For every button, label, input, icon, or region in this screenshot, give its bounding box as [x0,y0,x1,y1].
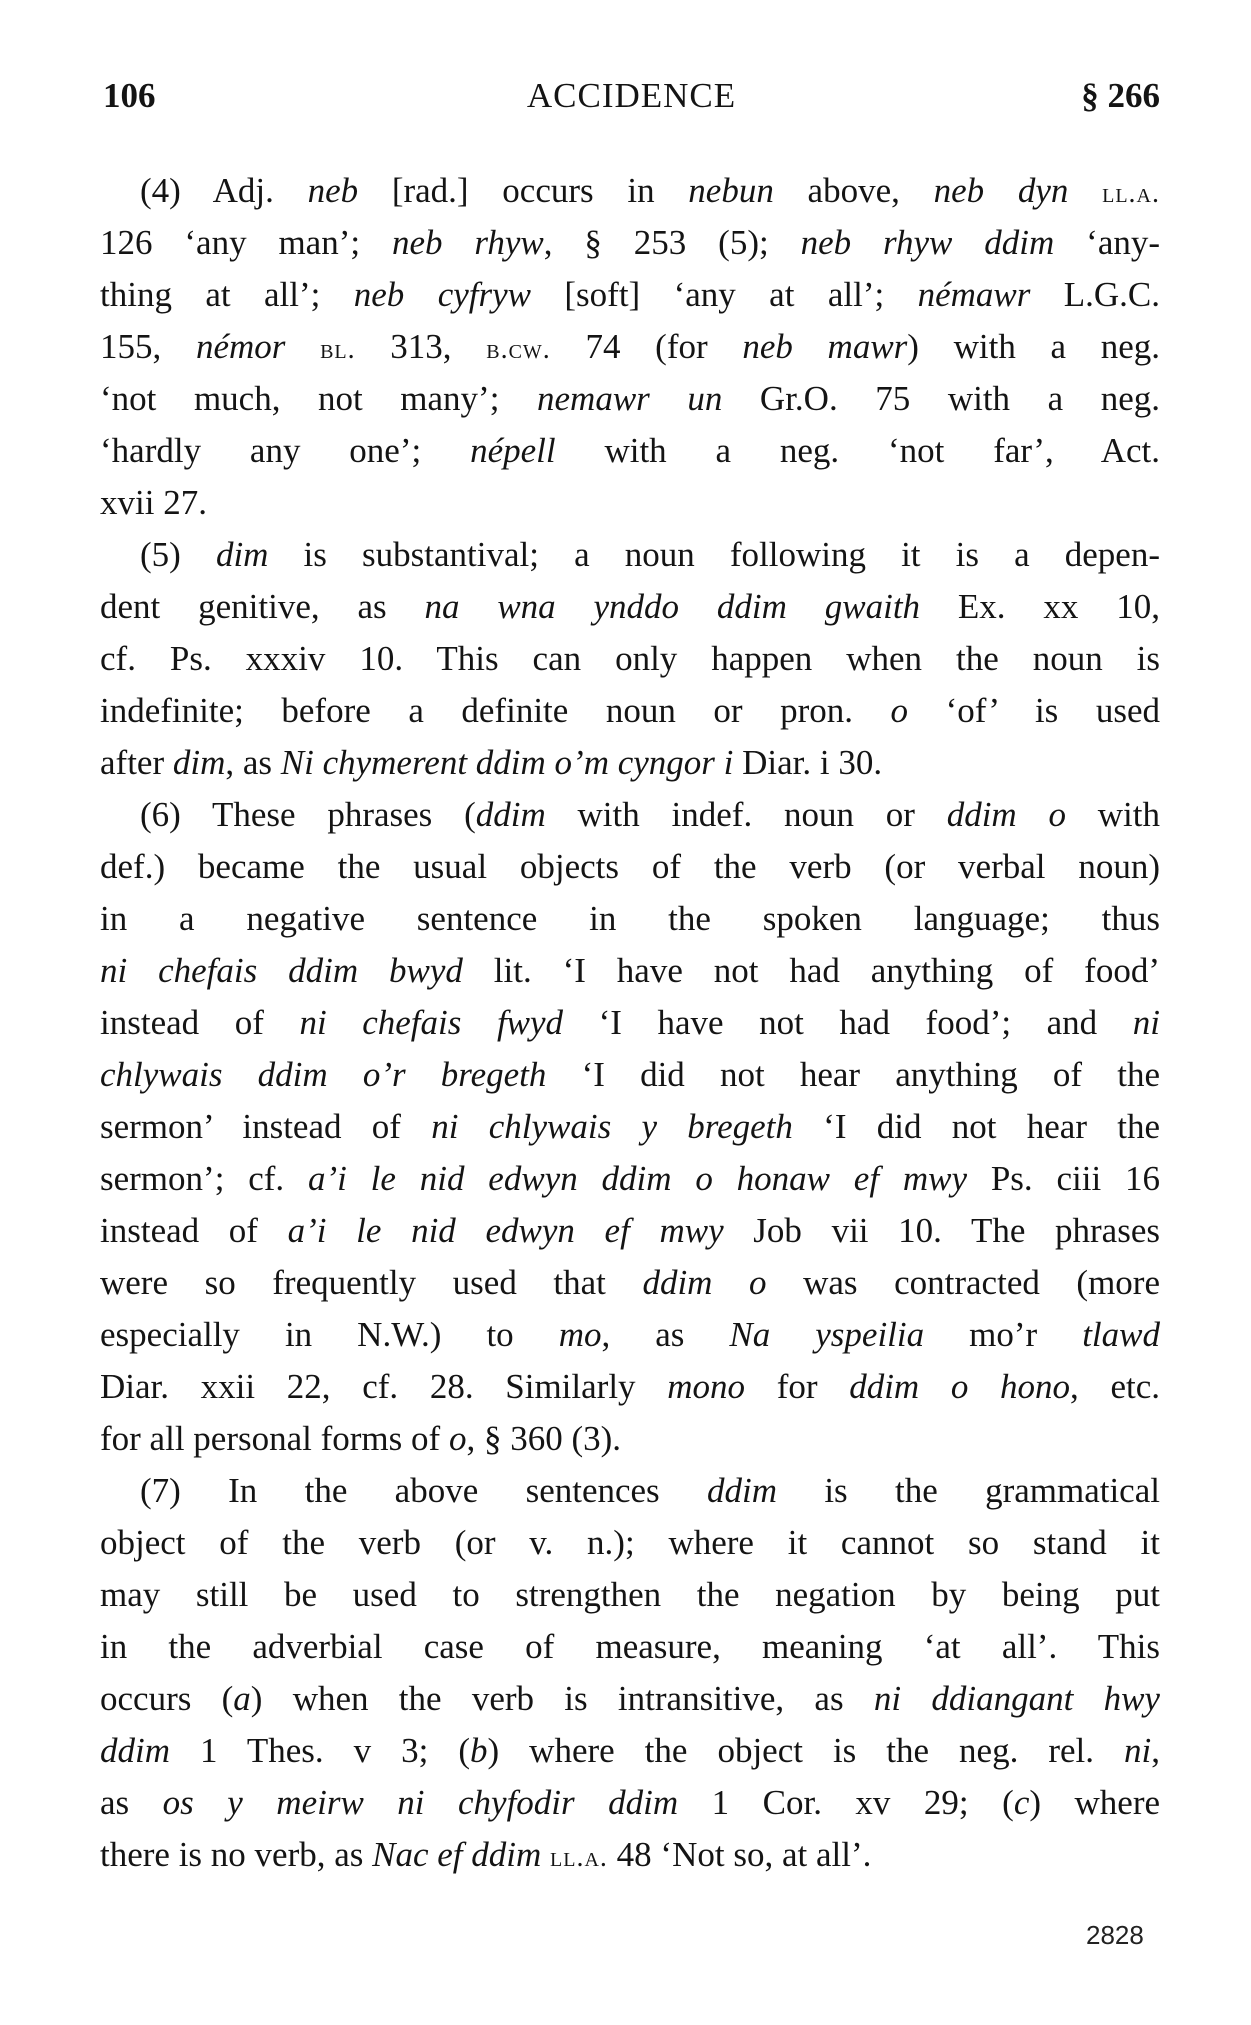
italic-welsh-text: mo [559,1315,602,1354]
roman-text: Gr.O. 75 with a neg. [722,379,1160,418]
roman-text: cf. Ps. xxxiv 10. This can only happen w… [100,639,1160,678]
body-text: (4) Adj. neb [rad.] occurs in nebun abov… [100,165,1160,1881]
roman-text: were so frequently used that [100,1263,642,1302]
text-line: sermon’ instead of ni chlywais y bregeth… [100,1101,1160,1153]
text-line: def.) became the usual objects of the ve… [100,841,1160,893]
roman-text: may still be used to strengthen the nega… [100,1575,1160,1614]
small-caps-citation: ll.a. [550,1842,608,1873]
roman-text: 74 (for [551,327,743,366]
italic-welsh-text: nemawr un [537,379,722,418]
roman-text: is substantival; a noun following it is … [268,535,1160,574]
roman-text: ‘of’ is used [908,691,1160,730]
roman-text: ) where [1029,1783,1160,1822]
italic-welsh-text: neb [308,171,359,210]
running-title: ACCIDENCE [103,76,1160,116]
roman-text: in a negative sentence in the spoken lan… [100,899,1160,938]
roman-text: 155, [100,327,196,366]
italic-welsh-text: a’i le nid edwyn ef mwy [288,1211,724,1250]
text-line: especially in N.W.) to mo, as Na yspeili… [100,1309,1160,1361]
roman-text: ‘I did not hear anything of the [546,1055,1160,1094]
roman-text: after [100,743,173,782]
italic-welsh-text: neb rhyw [392,223,544,262]
italic-welsh-text: neb rhyw ddim [801,223,1055,262]
italic-welsh-text: némawr [918,275,1031,314]
italic-welsh-text: népell [470,431,556,470]
text-line: occurs (a) when the verb is intransitive… [100,1673,1160,1725]
text-line: chlywais ddim o’r bregeth ‘I did not hea… [100,1049,1160,1101]
roman-text: ‘not much, not many’; [100,379,537,418]
roman-text: was contracted (more [767,1263,1160,1302]
roman-text: 1 Thes. v 3; ( [170,1731,470,1770]
text-line: cf. Ps. xxxiv 10. This can only happen w… [100,633,1160,685]
italic-welsh-text: ni chefais fwyd [299,1003,563,1042]
roman-text: is the grammatical [777,1471,1160,1510]
italic-welsh-text: ni [1124,1731,1151,1770]
text-line: 155, némor bl. 313, b.cw. 74 (for neb ma… [100,321,1160,373]
italic-welsh-text: ddim [476,795,546,834]
italic-welsh-text: Ni chymerent ddim o’m cyngor i [281,743,734,782]
roman-text: ) with a neg. [907,327,1160,366]
roman-text: for [745,1367,849,1406]
roman-text: sermon’ instead of [100,1107,431,1146]
italic-welsh-text: dim [216,535,269,574]
roman-text: (5) [140,535,216,574]
italic-welsh-text: ddim [707,1471,777,1510]
text-line: dent genitive, as na wna ynddo ddim gwai… [100,581,1160,633]
roman-text: ‘hardly any one’; [100,431,470,470]
roman-text: sermon’; cf. [100,1159,308,1198]
italic-welsh-text: dim [173,743,226,782]
roman-text: , as [601,1315,729,1354]
italic-welsh-text: némor [196,327,285,366]
roman-text: [soft] ‘any at all’; [531,275,918,314]
italic-welsh-text: c [1014,1783,1030,1822]
text-line: in the adverbial case of measure, meanin… [100,1621,1160,1673]
text-line: ddim 1 Thes. v 3; (b) where the object i… [100,1725,1160,1777]
small-caps-citation: ll.a. [1102,178,1160,209]
roman-text: indefinite; before a definite noun or pr… [100,691,891,730]
roman-text: Diar. i 30. [733,743,882,782]
roman-text [1068,171,1102,210]
roman-text: 48 ‘Not so, at all’. [608,1835,871,1874]
text-line: object of the verb (or v. n.); where it … [100,1517,1160,1569]
roman-text: (7) In the above sentences [140,1471,707,1510]
roman-text: mo’r [924,1315,1082,1354]
roman-text: , § 360 (3). [466,1419,621,1458]
roman-text: 126 ‘any man’; [100,223,392,262]
text-line: sermon’; cf. a’i le nid edwyn ddim o hon… [100,1153,1160,1205]
text-line: in a negative sentence in the spoken lan… [100,893,1160,945]
small-caps-citation: b.cw. [486,334,551,365]
text-line: Diar. xxii 22, cf. 28. Similarly mono fo… [100,1361,1160,1413]
text-line: were so frequently used that ddim o was … [100,1257,1160,1309]
roman-text: as [100,1783,163,1822]
italic-welsh-text: neb dyn [934,171,1069,210]
roman-text: , § 253 (5); [544,223,801,262]
text-line: ni chefais ddim bwyd lit. ‘I have not ha… [100,945,1160,997]
roman-text: xvii 27. [100,483,207,522]
roman-text: L.G.C. [1030,275,1160,314]
italic-welsh-text: nebun [688,171,774,210]
italic-welsh-text: chlywais ddim o’r bregeth [100,1055,546,1094]
running-head: 106 ACCIDENCE § 266 [103,76,1160,126]
text-line: 126 ‘any man’; neb rhyw, § 253 (5); neb … [100,217,1160,269]
italic-welsh-text: ddim o hono [849,1367,1070,1406]
roman-text: ‘I did not hear the [793,1107,1160,1146]
text-line: (6) These phrases (ddim with indef. noun… [100,789,1160,841]
text-line: after dim, as Ni chymerent ddim o’m cyng… [100,737,1160,789]
text-line: indefinite; before a definite noun or pr… [100,685,1160,737]
roman-text: (6) These phrases ( [140,795,476,834]
italic-welsh-text: mono [667,1367,745,1406]
roman-text: for all personal forms of [100,1419,449,1458]
roman-text: above, [774,171,934,210]
text-line: as os y meirw ni chyfodir ddim 1 Cor. xv… [100,1777,1160,1829]
italic-welsh-text: ni chefais ddim bwyd [100,951,463,990]
italic-welsh-text: a [233,1679,251,1718]
text-line: instead of ni chefais fwyd ‘I have not h… [100,997,1160,1049]
roman-text: Job vii 10. The phrases [724,1211,1160,1250]
roman-text: (4) Adj. [140,171,308,210]
roman-text: , [1151,1731,1160,1770]
roman-text: lit. ‘I have not had anything of food’ [463,951,1160,990]
scan-number: 2828 [1086,1920,1144,1951]
section-number: § 266 [1081,76,1160,116]
text-line: thing at all’; neb cyfryw [soft] ‘any at… [100,269,1160,321]
italic-welsh-text: Na yspeilia [729,1315,924,1354]
text-line: (5) dim is substantival; a noun followin… [100,529,1160,581]
roman-text: ) where the object is the neg. rel. [488,1731,1124,1770]
italic-welsh-text: o [891,691,909,730]
italic-welsh-text: ddim o [947,795,1066,834]
roman-text: ‘any- [1054,223,1160,262]
roman-text: in the adverbial case of measure, meanin… [100,1627,1160,1666]
italic-welsh-text: o [449,1419,467,1458]
roman-text: occurs ( [100,1679,233,1718]
text-line: may still be used to strengthen the nega… [100,1569,1160,1621]
small-caps-citation: bl. [320,334,356,365]
roman-text: object of the verb (or v. n.); where it … [100,1523,1160,1562]
roman-text: with indef. noun or [546,795,947,834]
italic-welsh-text: neb cyfryw [354,275,531,314]
roman-text: there is no verb, as [100,1835,372,1874]
text-line: xvii 27. [100,477,1160,529]
roman-text: Ex. xx 10, [920,587,1160,626]
roman-text: dent genitive, as [100,587,424,626]
text-line: instead of a’i le nid edwyn ef mwy Job v… [100,1205,1160,1257]
roman-text: especially in N.W.) to [100,1315,559,1354]
italic-welsh-text: b [470,1731,488,1770]
roman-text: with a neg. ‘not far’, Act. [556,431,1160,470]
roman-text: ‘I have not had food’; and [563,1003,1133,1042]
roman-text: Ps. ciii 16 [967,1159,1160,1198]
roman-text: 1 Cor. xv 29; ( [678,1783,1014,1822]
roman-text: 313, [356,327,487,366]
roman-text: thing at all’; [100,275,354,314]
text-line: for all personal forms of o, § 360 (3). [100,1413,1160,1465]
italic-welsh-text: tlawd [1082,1315,1160,1354]
roman-text: ) when the verb is intransitive, as [251,1679,874,1718]
roman-text: , as [225,743,280,782]
italic-welsh-text: ni [1133,1003,1160,1042]
roman-text: instead of [100,1003,299,1042]
text-line: ‘not much, not many’; nemawr un Gr.O. 75… [100,373,1160,425]
italic-welsh-text: ni chlywais y bregeth [431,1107,793,1146]
roman-text: [rad.] occurs in [358,171,688,210]
text-line: there is no verb, as Nac ef ddim ll.a. 4… [100,1829,1160,1881]
italic-welsh-text: na wna ynddo ddim gwaith [424,587,920,626]
italic-welsh-text: ddim [100,1731,170,1770]
italic-welsh-text: Nac ef ddim [372,1835,541,1874]
roman-text: with [1066,795,1160,834]
roman-text [541,1835,550,1874]
text-line: ‘hardly any one’; népell with a neg. ‘no… [100,425,1160,477]
roman-text: , etc. [1070,1367,1160,1406]
italic-welsh-text: os y meirw ni chyfodir ddim [163,1783,678,1822]
italic-welsh-text: a’i le nid edwyn ddim o honaw ef mwy [308,1159,967,1198]
text-line: (7) In the above sentences ddim is the g… [100,1465,1160,1517]
italic-welsh-text: ni ddiangant hwy [874,1679,1160,1718]
roman-text [285,327,320,366]
roman-text: def.) became the usual objects of the ve… [100,847,1160,886]
roman-text: Diar. xxii 22, cf. 28. Similarly [100,1367,667,1406]
italic-welsh-text: ddim o [642,1263,766,1302]
roman-text: instead of [100,1211,288,1250]
text-line: (4) Adj. neb [rad.] occurs in nebun abov… [100,165,1160,217]
italic-welsh-text: neb mawr [742,327,907,366]
